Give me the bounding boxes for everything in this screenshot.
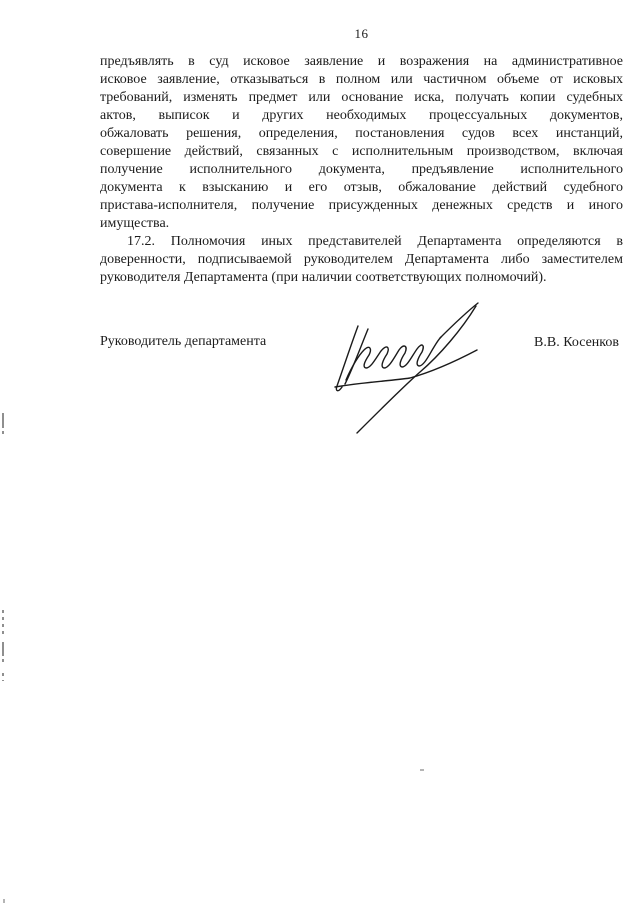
scan-artifact [2, 642, 4, 656]
page-number: 16 [100, 26, 623, 42]
text-line: доверенности, подписываемой руководителе… [100, 251, 623, 269]
scan-artifact [2, 431, 4, 434]
text-line: актов, выписок и других необходимых проц… [100, 107, 623, 125]
text-line: исковое заявление, отказываться в полном… [100, 71, 623, 89]
text-line: имущества. [100, 215, 623, 233]
scan-artifact [2, 673, 4, 681]
text-line: предъявлять в суд исковое заявление и во… [100, 53, 623, 71]
text-line: обжаловать решения, определения, постано… [100, 125, 623, 143]
document-body: предъявлять в суд исковое заявление и во… [100, 53, 623, 287]
text-line: пристава-исполнителя, получение присужде… [100, 197, 623, 215]
text-line: документа к взысканию и его отзыв, обжал… [100, 179, 623, 197]
signatory-name: В.В. Косенков [500, 335, 619, 351]
scan-artifact [3, 899, 5, 903]
text-line: 17.2. Полномочия иных представителей Деп… [100, 233, 623, 251]
scan-artifact [2, 413, 4, 428]
text-line: требований, изменять предмет или основан… [100, 89, 623, 107]
scan-artifact [2, 659, 4, 662]
text-line: получение исполнительного документа, пре… [100, 161, 623, 179]
signatory-role-label: Руководитель департамента [100, 334, 266, 350]
scan-artifact [2, 610, 4, 634]
scan-artifact [420, 769, 424, 771]
text-line: совершение действий, связанных с исполни… [100, 143, 623, 161]
text-line: руководителя Департамента (при наличии с… [100, 269, 623, 287]
handwritten-signature-icon [332, 298, 482, 438]
document-page: 16 предъявлять в суд исковое заявление и… [0, 0, 640, 905]
